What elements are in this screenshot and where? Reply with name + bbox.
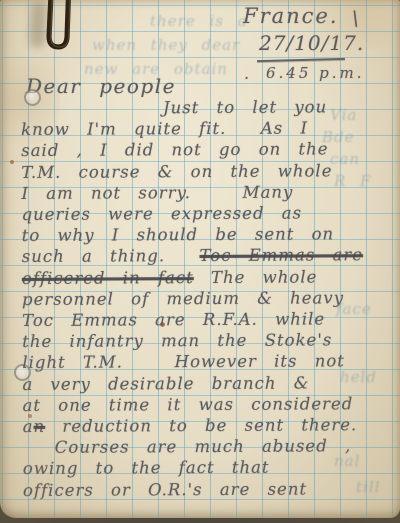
body-line-segment: such a thing.: [22, 246, 200, 266]
body-line-segment: light T.M. However its not: [22, 352, 345, 373]
body-line-segment-struck: officered in fact: [22, 268, 194, 288]
body-line-segment: T.M. course & on the whole: [21, 161, 332, 182]
body-line-segment: owing to the fact that: [23, 458, 270, 478]
body-line: know I'm quite fit. As I: [21, 117, 393, 140]
body-line-segment: at one time it was considered: [23, 394, 354, 415]
letter-date: 27/10/17.: [259, 31, 364, 55]
body-line: an reduction to be sent there.: [23, 414, 395, 437]
body-line: personnel of medium & heavy: [22, 287, 394, 310]
body-line-segment: Toc Emmas are R.F.A. while: [22, 309, 325, 330]
body-line: to why I should be sent on: [22, 223, 394, 246]
body-line-segment: Just to let you: [163, 97, 327, 117]
bleedthrough-text: there is a: [150, 12, 248, 30]
body-line-segment: reduction to be sent there.: [45, 415, 357, 436]
salutation: Dear people: [26, 74, 176, 98]
body-line-segment: personnel of medium & heavy: [22, 288, 344, 309]
body-line-segment-struck: n: [33, 417, 45, 436]
body-line: the infantry man the Stoke's: [22, 329, 394, 352]
body-line-segment: a very desirable branch &: [22, 373, 309, 394]
letter-time: 6.45 p.m.: [266, 64, 365, 82]
body-line: light T.M. However its not: [22, 350, 394, 373]
bleedthrough-text: when they dear: [92, 36, 240, 54]
body-line-segment: to why I should be sent on: [22, 225, 335, 246]
body-line: owing to the fact that: [23, 456, 395, 479]
body-line-segment: The whole: [194, 267, 318, 287]
letter-photo: there is awhen they dearnew are obtainVi…: [0, 0, 400, 523]
body-line: Just to let you: [163, 96, 393, 118]
body-line-segment: Courses are much abused ,: [55, 437, 352, 458]
body-line: queries were expressed as: [22, 202, 394, 225]
stray-dot: .: [244, 64, 249, 83]
body-line-segment: officers or O.R.'s are sent: [23, 479, 307, 499]
body-line-segment: queries were expressed as: [22, 204, 303, 224]
body-line-segment: a: [23, 417, 34, 436]
notebook-page: there is awhen they dearnew are obtainVi…: [0, 0, 400, 518]
body-line: T.M. course & on the whole: [21, 160, 393, 183]
body-line-segment: the infantry man the Stoke's: [22, 331, 332, 352]
body-line-segment: know I'm quite fit. As I: [21, 119, 308, 140]
body-line: Toc Emmas are R.F.A. while: [22, 308, 394, 331]
body-line: at one time it was considered: [23, 393, 395, 416]
paperclip-icon: [35, 0, 85, 57]
letter-body: Just to let youknow I'm quite fit. As Is…: [21, 96, 395, 501]
body-line: Courses are much abused ,: [55, 435, 395, 458]
body-line-segment-struck: Toc Emmas are: [199, 246, 363, 266]
body-line-segment: I am not sorry. Many: [21, 182, 293, 202]
body-line: officers or O.R.'s are sent: [23, 478, 395, 501]
body-line: said , I did not go on the: [21, 138, 393, 161]
letter-place: France.: [243, 4, 339, 28]
corner-tick-mark: \: [352, 6, 359, 30]
body-line: a very desirable branch &: [22, 372, 394, 395]
body-line: officered in fact The whole: [22, 266, 394, 289]
body-line: I am not sorry. Many: [21, 181, 393, 204]
body-line-segment: said , I did not go on the: [21, 140, 328, 161]
body-line: such a thing. Toc Emmas are: [22, 244, 394, 267]
